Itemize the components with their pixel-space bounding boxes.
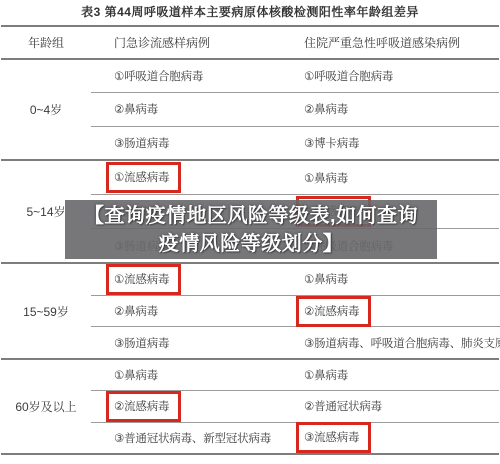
outpatient-pathogen-cell: ①鼻病毒 <box>91 367 281 383</box>
outpatient-pathogen-cell: ③肠道病毒 <box>91 135 281 151</box>
pathogen-rank-row: ①呼吸道合胞病毒①呼吸道合胞病毒 <box>91 60 499 93</box>
pathogen-text: ②鼻病毒 <box>304 104 348 116</box>
highlighted-pathogen: ①流感病毒 <box>106 264 181 295</box>
age-group-section: 0~4岁①呼吸道合胞病毒①呼吸道合胞病毒②鼻病毒②鼻病毒③肠道病毒③博卡病毒 <box>1 60 499 161</box>
outpatient-pathogen-cell: ③普通冠状病毒、新型冠状病毒 <box>91 430 281 446</box>
pathogen-text: ②鼻病毒 <box>114 104 158 116</box>
highlighted-pathogen: ①流感病毒 <box>106 162 181 193</box>
highlighted-pathogen: ③流感病毒 <box>296 422 371 453</box>
outpatient-pathogen-cell: ②鼻病毒 <box>91 101 281 117</box>
outpatient-pathogen-cell: ①流感病毒 <box>91 169 281 186</box>
inpatient-pathogen-cell: ③流感病毒 <box>281 429 499 446</box>
pathogen-rank-row: ①流感病毒①鼻病毒 <box>91 264 500 296</box>
highlighted-pathogen: ②流感病毒 <box>296 296 371 327</box>
inpatient-pathogen-cell: ②普通冠状病毒 <box>281 398 499 414</box>
inpatient-pathogen-cell: ②流感病毒 <box>281 303 500 320</box>
age-group-label: 60岁及以上 <box>1 360 91 453</box>
age-group-label: 15~59岁 <box>1 264 91 358</box>
pathogen-text: ①鼻病毒 <box>304 274 348 286</box>
pathogen-rank-row: ③肠道病毒③博卡病毒 <box>91 127 499 159</box>
age-group-rows: ①鼻病毒①鼻病毒②流感病毒②普通冠状病毒③普通冠状病毒、新型冠状病毒③流感病毒 <box>91 360 499 453</box>
pathogen-rank-row: ②鼻病毒②流感病毒 <box>91 296 500 328</box>
pathogen-text: ③肠道病毒 <box>114 138 169 150</box>
table-title: 表3 第44周呼吸道样本主要病原体核酸检测阳性率年龄组差异 <box>0 3 500 20</box>
inpatient-pathogen-cell: ①鼻病毒 <box>281 271 500 287</box>
age-group-rows: ①流感病毒①鼻病毒②鼻病毒②流感病毒③肠道病毒③肠道病毒、呼吸道合胞病毒、肺炎支… <box>91 264 500 358</box>
pathogen-text: ②普通冠状病毒 <box>304 401 382 413</box>
header-age-group: 年龄组 <box>1 34 91 51</box>
outpatient-pathogen-cell: ②流感病毒 <box>91 398 281 415</box>
inpatient-pathogen-cell: ②鼻病毒 <box>281 101 499 117</box>
pathogen-text: ①鼻病毒 <box>114 370 158 382</box>
table-header-row: 年龄组 门急诊流感样病例 住院严重急性呼吸道感染病例 <box>1 25 499 60</box>
pathogen-rank-row: ②流感病毒②普通冠状病毒 <box>91 391 499 422</box>
pathogen-text: ①呼吸道合胞病毒 <box>114 71 203 83</box>
pathogen-rank-row: ②鼻病毒②鼻病毒 <box>91 93 499 126</box>
pathogen-text: ③肠道病毒 <box>114 338 169 350</box>
watermark-line-2: 疫情风险等级划分】 <box>159 230 344 258</box>
inpatient-pathogen-cell: ③博卡病毒 <box>281 135 499 151</box>
outpatient-pathogen-cell: ①呼吸道合胞病毒 <box>91 68 281 84</box>
outpatient-pathogen-cell: ①流感病毒 <box>91 271 281 288</box>
header-inpatient-sari: 住院严重急性呼吸道感染病例 <box>281 34 499 51</box>
age-group-section: 15~59岁①流感病毒①鼻病毒②鼻病毒②流感病毒③肠道病毒③肠道病毒、呼吸道合胞… <box>1 264 499 360</box>
inpatient-pathogen-cell: ③肠道病毒、呼吸道合胞病毒、肺炎支原体 <box>281 335 500 351</box>
age-group-rows: ①呼吸道合胞病毒①呼吸道合胞病毒②鼻病毒②鼻病毒③肠道病毒③博卡病毒 <box>91 60 499 159</box>
pathogen-rank-row: ③肠道病毒③肠道病毒、呼吸道合胞病毒、肺炎支原体 <box>91 327 500 358</box>
age-group-label: 0~4岁 <box>1 60 91 159</box>
pathogen-text: ①呼吸道合胞病毒 <box>304 71 393 83</box>
page: 表3 第44周呼吸道样本主要病原体核酸检测阳性率年龄组差异 年龄组 门急诊流感样… <box>0 0 500 464</box>
inpatient-pathogen-cell: ①呼吸道合胞病毒 <box>281 68 499 84</box>
inpatient-pathogen-cell: ①鼻病毒 <box>281 170 499 186</box>
pathogen-text: ③普通冠状病毒、新型冠状病毒 <box>114 433 271 445</box>
pathogen-rank-row: ③普通冠状病毒、新型冠状病毒③流感病毒 <box>91 423 499 453</box>
pathogen-text: ②鼻病毒 <box>114 306 158 318</box>
pathogen-rank-row: ①流感病毒①鼻病毒 <box>91 161 499 195</box>
pathogen-rank-row: ①鼻病毒①鼻病毒 <box>91 360 499 391</box>
outpatient-pathogen-cell: ③肠道病毒 <box>91 335 281 351</box>
header-outpatient-ili: 门急诊流感样病例 <box>91 34 281 51</box>
pathogen-text: ①鼻病毒 <box>304 370 348 382</box>
highlighted-pathogen: ②流感病毒 <box>106 391 181 422</box>
pathogen-text: ③肠道病毒、呼吸道合胞病毒、肺炎支原体 <box>304 338 500 350</box>
pathogen-text: ③博卡病毒 <box>304 138 359 150</box>
watermark-overlay: 【查询疫情地区风险等级表,如何查询 疫情风险等级划分】 <box>65 200 437 259</box>
outpatient-pathogen-cell: ②鼻病毒 <box>91 303 281 319</box>
watermark-line-1: 【查询疫情地区风险等级表,如何查询 <box>84 202 418 230</box>
inpatient-pathogen-cell: ①鼻病毒 <box>281 367 499 383</box>
pathogen-text: ①鼻病毒 <box>304 173 348 185</box>
age-group-section: 60岁及以上①鼻病毒①鼻病毒②流感病毒②普通冠状病毒③普通冠状病毒、新型冠状病毒… <box>1 360 499 455</box>
